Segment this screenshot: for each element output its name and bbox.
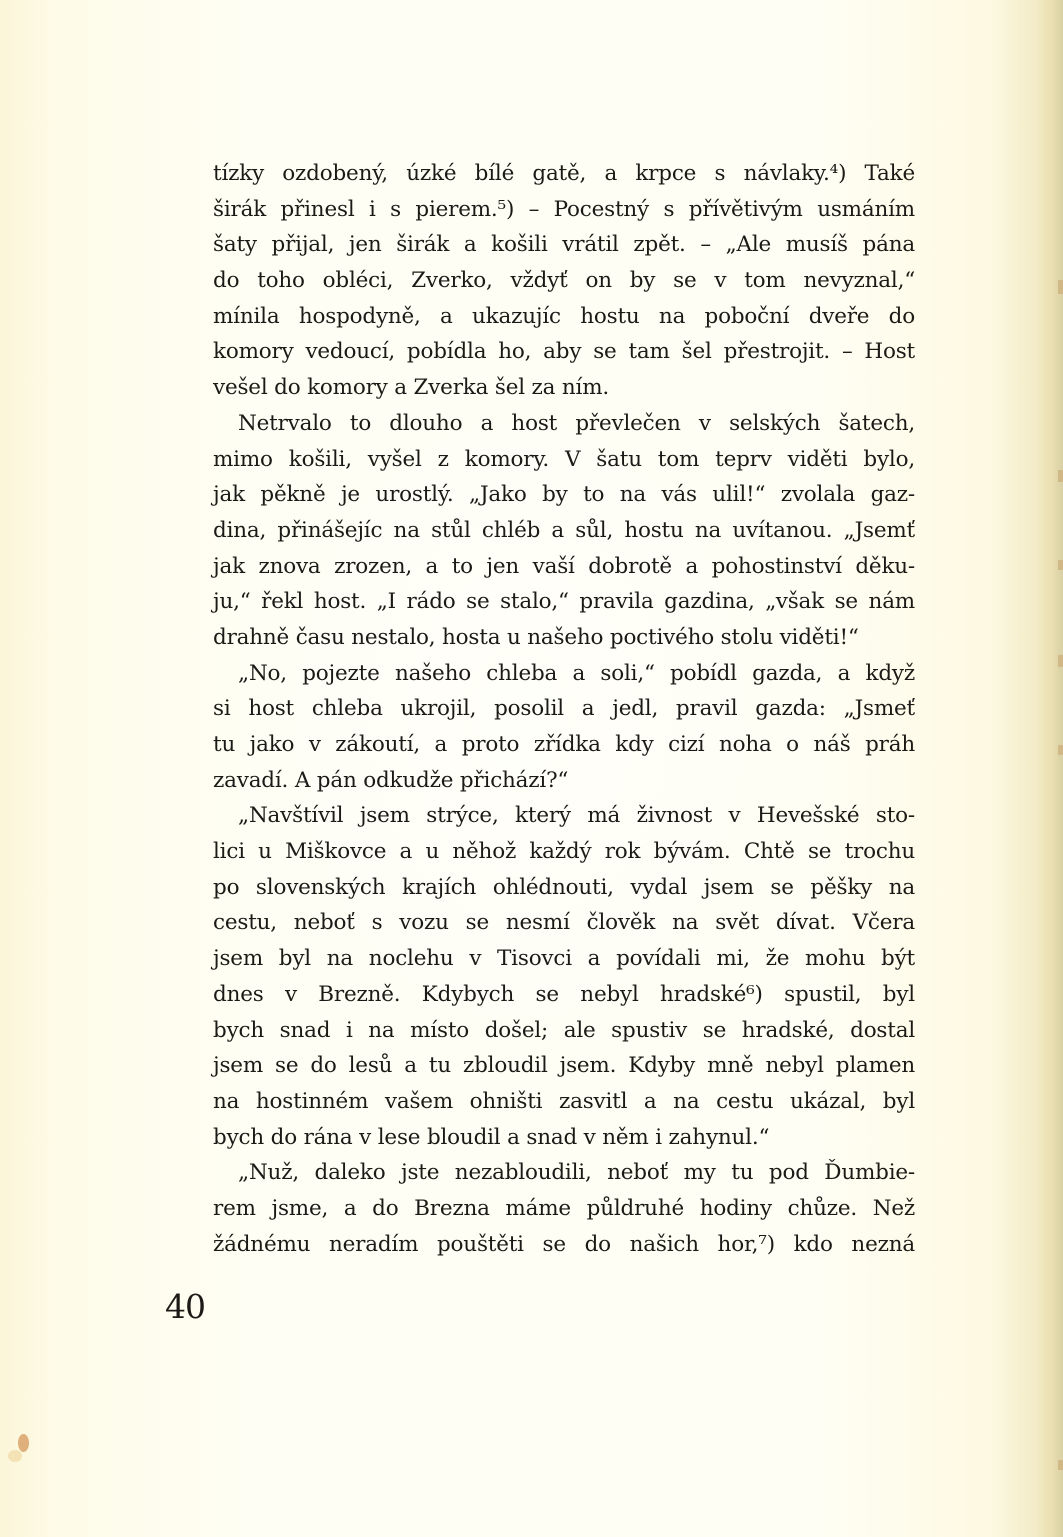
paragraph: tízky ozdobený, úzké bílé gatě, a krpce … (213, 156, 915, 406)
text-line: bych snad i na místo došel; ale spustiv … (213, 1013, 915, 1049)
text-line: bych do rána v lese bloudil a snad v něm… (213, 1120, 915, 1156)
text-line: tu jako v zákoutí, a proto zřídka kdy ci… (213, 727, 915, 763)
text-line: mínila hospodyně, a ukazujíc hostu na po… (213, 299, 915, 335)
text-line: šaty přijal, jen širák a košili vrátil z… (213, 227, 915, 263)
paragraph: „Navštívil jsem strýce, který má živnost… (213, 798, 915, 1155)
text-line: do toho obléci, Zverko, vždyť on by se v… (213, 263, 915, 299)
text-line: cestu, neboť s vozu se nesmí člověk na s… (213, 905, 915, 941)
text-line: po slovenských krajích ohlédnouti, vydal… (213, 870, 915, 906)
paper-stain (8, 1450, 22, 1462)
body-text: tízky ozdobený, úzké bílé gatě, a krpce … (213, 156, 915, 1262)
text-line: širák přinesl i s pierem.⁵) – Pocestný s… (213, 192, 915, 228)
text-line: „Nuž, daleko jste nezabloudili, neboť my… (213, 1155, 915, 1191)
text-line: jsem se do lesů a tu zbloudil jsem. Kdyb… (213, 1048, 915, 1084)
text-line: žádnému neradím pouštěti se do našich ho… (213, 1227, 915, 1263)
text-line: mimo košili, vyšel z komory. V šatu tom … (213, 442, 915, 478)
page-number: 40 (165, 1287, 205, 1327)
text-line: lici u Miškovce a u něhož každý rok bývá… (213, 834, 915, 870)
paragraph: „Nuž, daleko jste nezabloudili, neboť my… (213, 1155, 915, 1262)
text-line: dina, přinášejíc na stůl chléb a sůl, ho… (213, 513, 915, 549)
text-line: jak pěkně je urostlý. „Jako by to na vás… (213, 477, 915, 513)
text-line: „No, pojezte našeho chleba a soli,“ pobí… (213, 656, 915, 692)
text-line: Netrvalo to dlouho a host převlečen v se… (213, 406, 915, 442)
text-line: na hostinném vašem ohništi zasvitl a na … (213, 1084, 915, 1120)
paragraph: „No, pojezte našeho chleba a soli,“ pobí… (213, 656, 915, 799)
page-edge-mark (1058, 470, 1063, 482)
page-edge-mark (1058, 1460, 1063, 1470)
text-line: vešel do komory a Zverka šel za ním. (213, 370, 915, 406)
text-line: drahně času nestalo, hosta u našeho poct… (213, 620, 915, 656)
text-line: jak znova zrozen, a to jen vaší dobrotě … (213, 549, 915, 585)
text-line: „Navštívil jsem strýce, který má živnost… (213, 798, 915, 834)
text-line: ju,“ řekl host. „I rádo se stalo,“ pravi… (213, 584, 915, 620)
page-edge-mark (1058, 745, 1063, 755)
page-edge-mark (1058, 655, 1063, 667)
page-edge-mark (1058, 280, 1063, 294)
text-line: zavadí. A pán odkudže přichází?“ (213, 763, 915, 799)
paragraph: Netrvalo to dlouho a host převlečen v se… (213, 406, 915, 656)
scanned-book-page: tízky ozdobený, úzké bílé gatě, a krpce … (0, 0, 1063, 1537)
text-line: tízky ozdobený, úzké bílé gatě, a krpce … (213, 156, 915, 192)
page-edge-mark (1058, 560, 1063, 570)
text-line: jsem byl na noclehu v Tisovci a povídali… (213, 941, 915, 977)
text-line: komory vedoucí, pobídla ho, aby se tam š… (213, 334, 915, 370)
text-line: dnes v Brezně. Kdybych se nebyl hradské⁶… (213, 977, 915, 1013)
text-line: rem jsme, a do Brezna máme půldruhé hodi… (213, 1191, 915, 1227)
paper-stain (18, 1434, 29, 1452)
text-line: si host chleba ukrojil, posolil a jedl, … (213, 691, 915, 727)
